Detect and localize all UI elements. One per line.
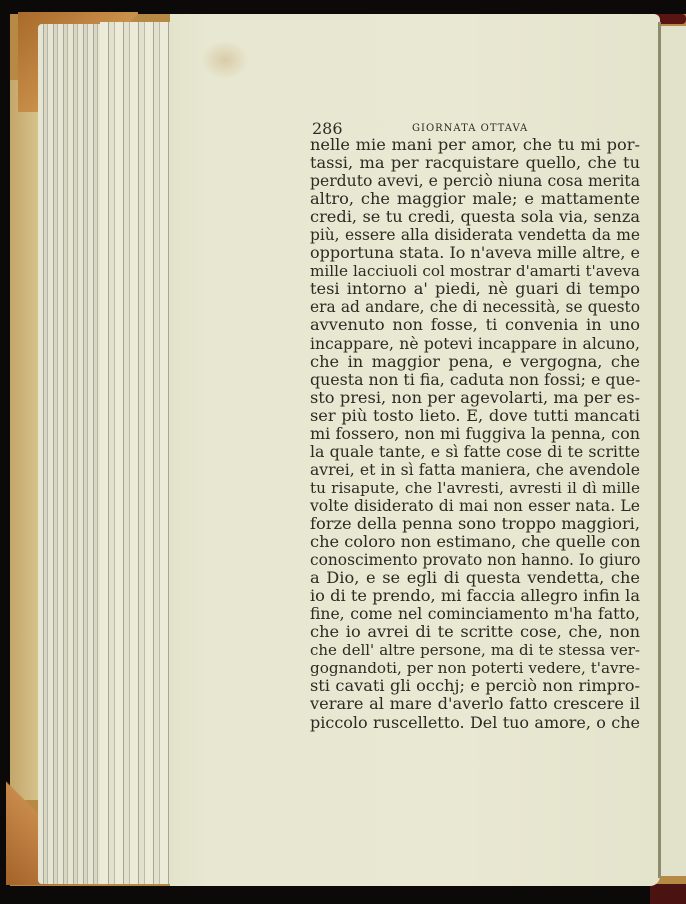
text-line: volte disiderato di mai non esser nata. … <box>310 497 640 515</box>
page-text-block: 286 GIORNATA OTTAVA nelle mie mani per a… <box>310 120 650 732</box>
text-line: ser più tosto lieto. E, dove tutti manca… <box>310 407 640 425</box>
text-line: sti cavati gli occhj; e perciò non rimpr… <box>310 677 640 695</box>
text-line: io di te prendo, mi faccia allegro infin… <box>310 587 640 605</box>
page-number: 286 <box>312 119 343 138</box>
text-line: più, essere alla disiderata vendetta da … <box>310 226 640 244</box>
text-line: questa non ti fia, caduta non fossi; e q… <box>310 371 640 389</box>
text-line: opportuna stata. Io n'aveva mille altre,… <box>310 244 640 262</box>
text-line: la quale tante, e sì fatte cose di te sc… <box>310 443 640 461</box>
text-line: piccolo ruscelletto. Del tuo amore, o ch… <box>310 714 640 732</box>
text-line: verare al mare d'averlo fatto crescere i… <box>310 695 640 713</box>
page-header: 286 GIORNATA OTTAVA <box>310 120 650 136</box>
body-text: nelle mie mani per amor, che tu mi por- … <box>310 136 650 732</box>
cover-edge <box>10 80 40 800</box>
text-line: nelle mie mani per amor, che tu mi por- <box>310 136 640 154</box>
text-line: sto presi, non per agevolarti, ma per es… <box>310 389 640 407</box>
page-gutter <box>658 22 661 878</box>
text-line: che coloro non estimano, che quelle con <box>310 533 640 551</box>
text-line: avrei, et in sì fatta maniera, che avend… <box>310 461 640 479</box>
running-title: GIORNATA OTTAVA <box>412 123 528 134</box>
text-line: perduto avevi, e perciò niuna cosa merit… <box>310 172 640 190</box>
text-line: che io avrei di te scritte cose, che, no… <box>310 623 640 641</box>
text-line: tu risapute, che l'avresti, avresti il d… <box>310 479 640 497</box>
page-stack-edges-inner <box>100 22 180 884</box>
text-line: mi fossero, non mi fuggiva la penna, con <box>310 425 640 443</box>
text-line: forze della penna sono troppo maggiori, <box>310 515 640 533</box>
text-line: incappare, nè potevi incappare in alcuno… <box>310 335 640 353</box>
text-line: altro, che maggior male; e mattamente <box>310 190 640 208</box>
text-line: a Dio, e se egli di questa vendetta, che <box>310 569 640 587</box>
text-line: conoscimento provato non hanno. Io giuro <box>310 551 640 569</box>
text-line: fine, come nel cominciamento m'ha fatto, <box>310 605 640 623</box>
text-line: che dell' altre persone, ma di te stessa… <box>310 641 640 659</box>
text-line: era ad andare, che di necessità, se ques… <box>310 298 640 316</box>
text-line: avvenuto non fosse, ti convenia in uno <box>310 316 640 334</box>
text-line: mille lacciuoli col mostrar d'amarti t'a… <box>310 262 640 280</box>
text-line: tassi, ma per racquistare quello, che tu <box>310 154 640 172</box>
facing-page-edge <box>661 26 686 876</box>
text-line: credi, se tu credi, questa sola via, sen… <box>310 208 640 226</box>
text-line: gognandoti, per non poterti vedere, t'av… <box>310 659 640 677</box>
foxing-stain <box>200 40 250 80</box>
text-line: che in maggior pena, e vergogna, che <box>310 353 640 371</box>
red-binding-bottom <box>650 884 686 904</box>
text-line: tesi intorno a' piedi, nè guari di tempo <box>310 280 640 298</box>
